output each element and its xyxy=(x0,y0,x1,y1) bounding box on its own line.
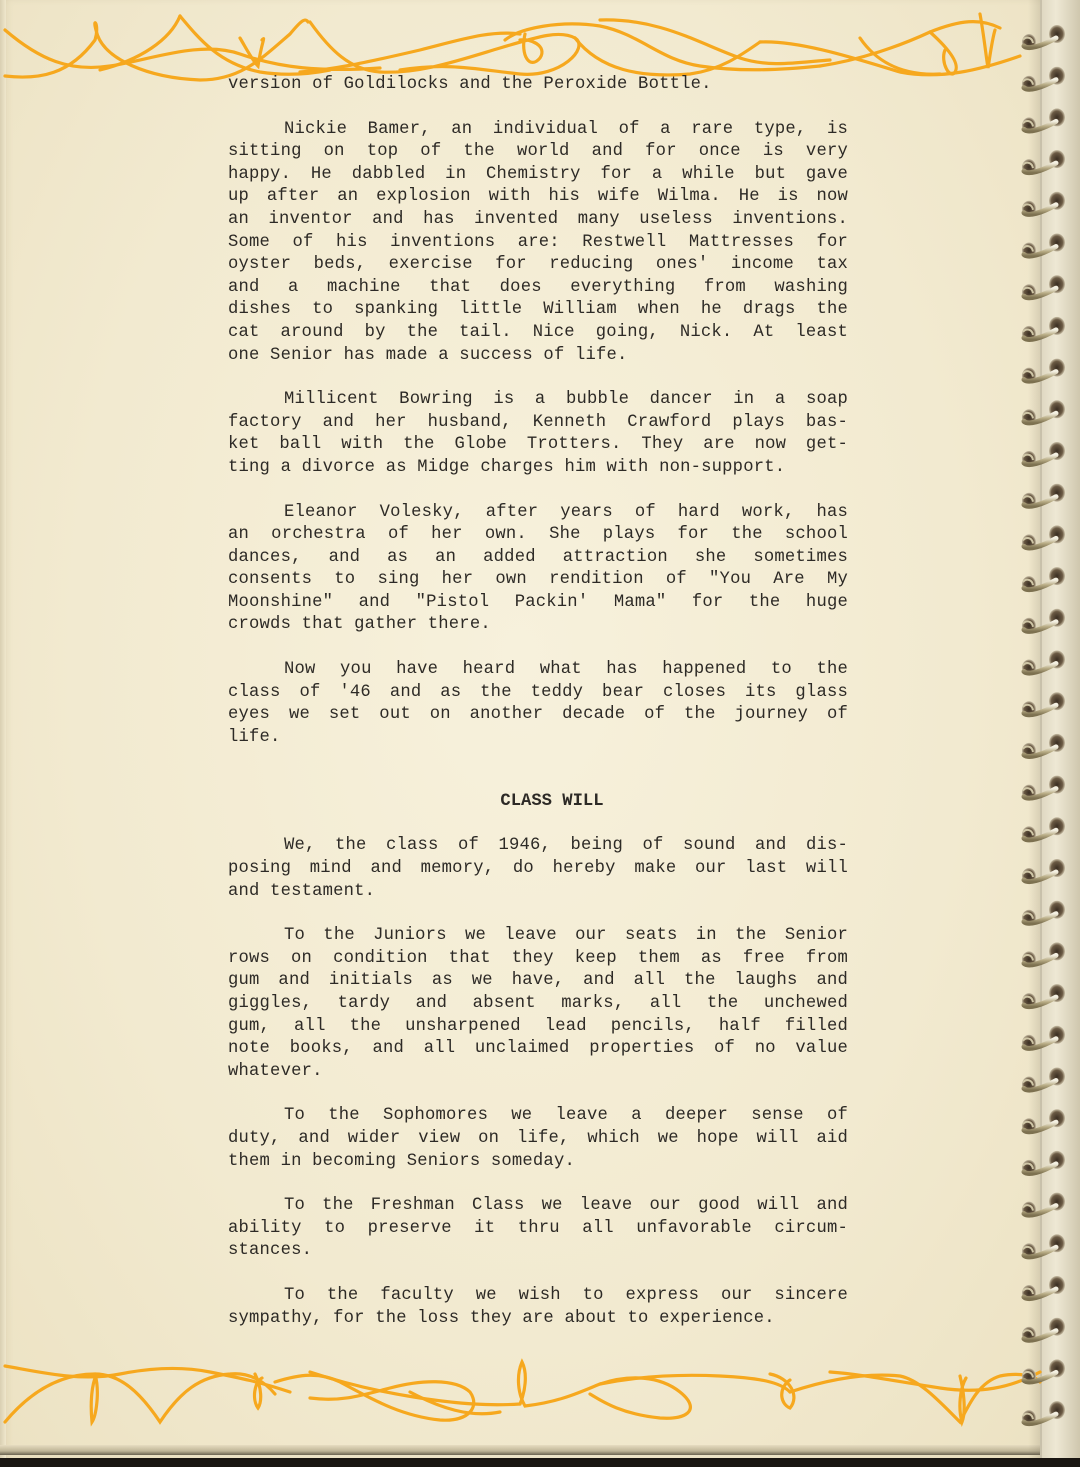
text-line: consents to sing her own rendition of "Y… xyxy=(228,569,848,592)
text-line: ket ball with the Globe Trotters. They a… xyxy=(228,434,848,457)
paragraph-preamble: We, the class of 1946, being of sound an… xyxy=(228,835,848,903)
text-line: one Senior has made a success of life. xyxy=(228,345,848,368)
text-line: To the Sophomores we leave a deeper sens… xyxy=(228,1105,848,1128)
text-line: an orchestra of her own. She plays for t… xyxy=(228,524,848,547)
text-line: stances. xyxy=(228,1240,848,1263)
text-line: an inventor and has invented many useles… xyxy=(228,209,848,232)
text-line: We, the class of 1946, being of sound an… xyxy=(228,835,848,858)
text-line: and testament. xyxy=(228,881,848,904)
paragraph-faculty: To the faculty we wish to express our si… xyxy=(228,1285,848,1330)
text-line: gum, all the unsharpened lead pencils, h… xyxy=(228,1016,848,1039)
text-line: posing mind and memory, do hereby make o… xyxy=(228,858,848,881)
document-body: version of Goldilocks and the Peroxide B… xyxy=(228,74,848,1330)
text-line: dishes to spanking little William when h… xyxy=(228,299,848,322)
ornamental-border-bottom-icon xyxy=(0,1352,1080,1452)
paragraph-juniors: To the Juniors we leave our seats in the… xyxy=(228,925,848,1083)
text-line: eyes we set out on another decade of the… xyxy=(228,704,848,727)
page-left-edge xyxy=(0,0,6,1458)
text-line: Eleanor Volesky, after years of hard wor… xyxy=(228,502,848,525)
text-line: ting a divorce as Midge charges him with… xyxy=(228,457,848,480)
text-line: whatever. xyxy=(228,1061,848,1084)
text-line: them in becoming Seniors someday. xyxy=(228,1151,848,1174)
text-line: happy. He dabbled in Chemistry for a whi… xyxy=(228,164,848,187)
text-line: To the faculty we wish to express our si… xyxy=(228,1285,848,1308)
text-line: Some of his inventions are: Restwell Mat… xyxy=(228,232,848,255)
text-line: Millicent Bowring is a bubble dancer in … xyxy=(228,389,848,412)
paragraph-nickie-bamer: Nickie Bamer, an individual of a rare ty… xyxy=(228,119,848,368)
text-line: To the Freshman Class we leave our good … xyxy=(228,1195,848,1218)
text-line: crowds that gather there. xyxy=(228,614,848,637)
text-line: gum and initials as we have, and all the… xyxy=(228,970,848,993)
paragraph-freshman: To the Freshman Class we leave our good … xyxy=(228,1195,848,1263)
text-line: oyster beds, exercise for reducing ones'… xyxy=(228,254,848,277)
paragraph-millicent-bowring: Millicent Bowring is a bubble dancer in … xyxy=(228,389,848,479)
text-line: ability to preserve it thru all unfavora… xyxy=(228,1218,848,1241)
class-will-title: CLASS WILL xyxy=(228,791,848,813)
paragraph-sophomores: To the Sophomores we leave a deeper sens… xyxy=(228,1105,848,1173)
text-line: Now you have heard what has happened to … xyxy=(228,659,848,682)
text-line: giggles, tardy and absent marks, all the… xyxy=(228,993,848,1016)
text-line: To the Juniors we leave our seats in the… xyxy=(228,925,848,948)
paragraph-eleanor-volesky: Eleanor Volesky, after years of hard wor… xyxy=(228,502,848,638)
text-line: Nickie Bamer, an individual of a rare ty… xyxy=(228,119,848,142)
text-line: duty, and wider view on life, which we h… xyxy=(228,1128,848,1151)
text-line: sitting on top of the world and for once… xyxy=(228,141,848,164)
text-line: and a machine that does everything from … xyxy=(228,277,848,300)
continuation-line: version of Goldilocks and the Peroxide B… xyxy=(228,74,848,97)
class-prophecy-section: Nickie Bamer, an individual of a rare ty… xyxy=(228,119,848,750)
class-will-section: We, the class of 1946, being of sound an… xyxy=(228,835,848,1330)
text-line: Moonshine" and "Pistol Packin' Mama" for… xyxy=(228,592,848,615)
text-line: note books, and all unclaimed properties… xyxy=(228,1038,848,1061)
spiral-binding-icon xyxy=(1018,20,1080,1440)
text-line: up after an explosion with his wife Wilm… xyxy=(228,186,848,209)
text-line: cat around by the tail. Nice going, Nick… xyxy=(228,322,848,345)
paragraph-closing: Now you have heard what has happened to … xyxy=(228,659,848,749)
text-line: class of '46 and as the teddy bear close… xyxy=(228,682,848,705)
text-line: dances, and as an added attraction she s… xyxy=(228,547,848,570)
text-line: rows on condition that they keep them as… xyxy=(228,948,848,971)
text-line: sympathy, for the loss they are about to… xyxy=(228,1308,848,1331)
text-line: factory and her husband, Kenneth Crawfor… xyxy=(228,412,848,435)
text-line: life. xyxy=(228,727,848,750)
